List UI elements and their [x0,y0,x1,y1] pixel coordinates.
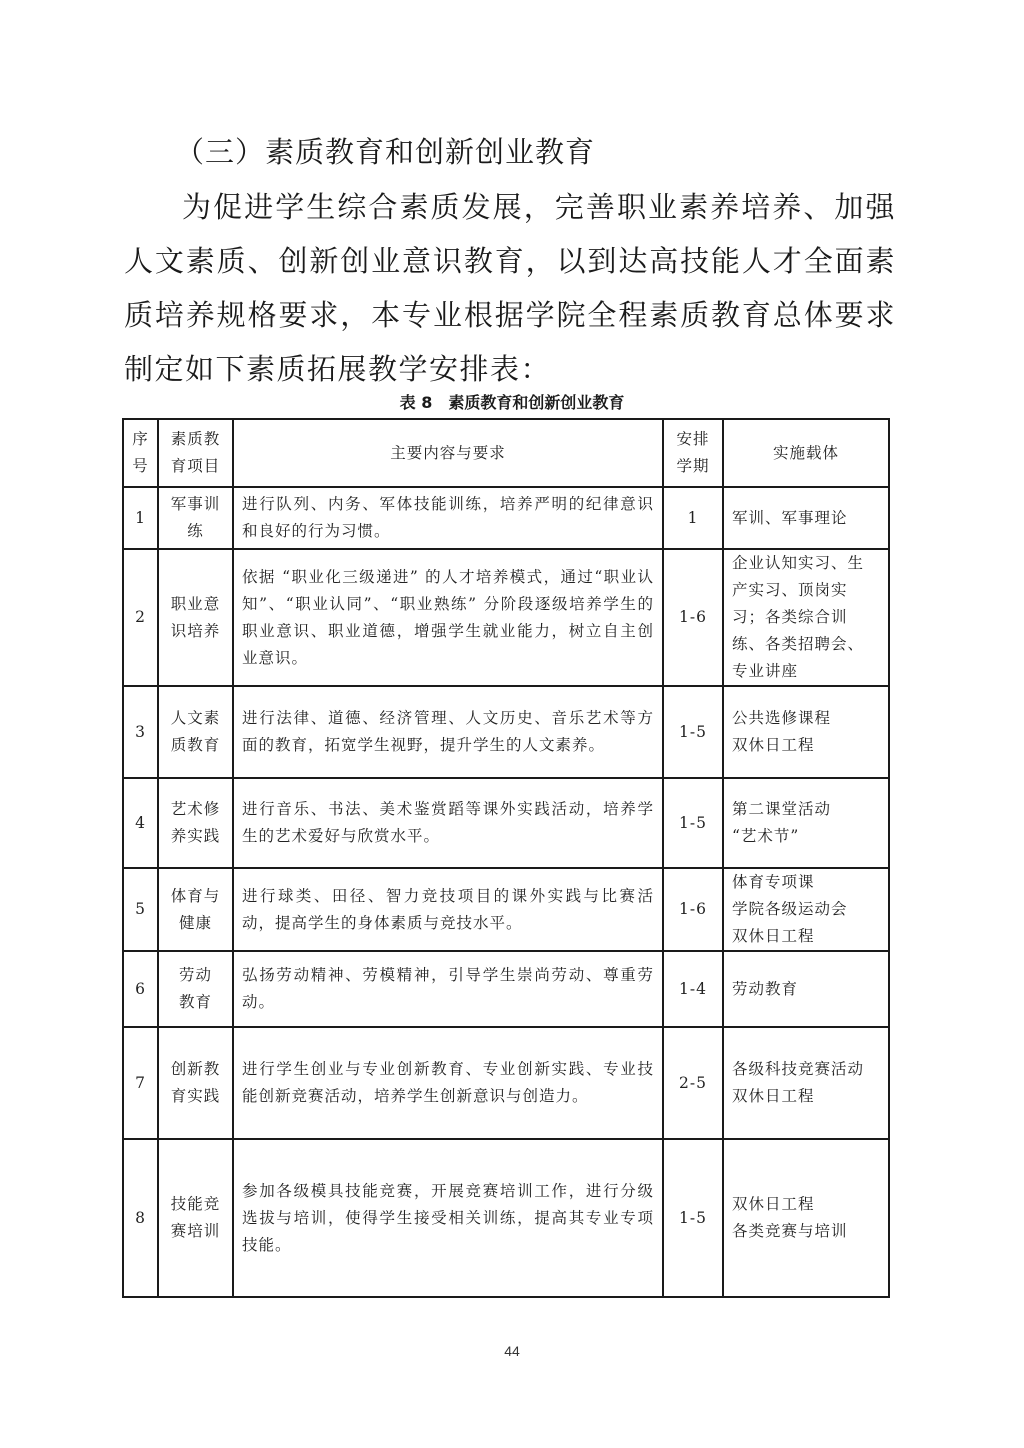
table-row: 2职业意识培养依据 “职业化三级递进” 的人才培养模式，通过“职业认知”、“职业… [123,549,889,686]
quality-education-table: 序 号 素质教 育项目 主要内容与要求 安排 学期 实施载体 1军事训练进行队列… [122,418,890,1298]
cell-item: 创新教育实践 [158,1027,233,1139]
table-caption: 表 8 素质教育和创新创业教育 [0,392,1024,414]
table-header-row: 序 号 素质教 育项目 主要内容与要求 安排 学期 实施载体 [123,419,889,487]
header-content: 主要内容与要求 [233,419,663,487]
cell-term: 1 [663,487,723,549]
cell-carrier: 第二课堂活动 “艺术节” [723,778,889,868]
cell-carrier: 企业认知实习、生产实习、顶岗实习；各类综合训练、各类招聘会、专业讲座 [723,549,889,686]
cell-content: 进行队列、内务、军体技能训练，培养严明的纪律意识和良好的行为习惯。 [233,487,663,549]
header-carrier: 实施载体 [723,419,889,487]
cell-no: 4 [123,778,158,868]
page-number: 44 [0,1343,1024,1359]
intro-paragraph: 为促进学生综合素质发展，完善职业素养培养、加强人文素质、创新创业意识教育，以到达… [124,180,896,396]
table-row: 3人文素质教育进行法律、道德、经济管理、人文历史、音乐艺术等方面的教育，拓宽学生… [123,686,889,778]
cell-content: 进行球类、田径、智力竞技项目的课外实践与比赛活动，提高学生的身体素质与竞技水平。 [233,868,663,951]
cell-term: 1-5 [663,1139,723,1297]
cell-content: 进行音乐、书法、美术鉴赏蹈等课外实践活动，培养学生的艺术爱好与欣赏水平。 [233,778,663,868]
cell-carrier: 体育专项课学院各级运动会双休日工程 [723,868,889,951]
cell-content: 进行法律、道德、经济管理、人文历史、音乐艺术等方面的教育，拓宽学生视野，提升学生… [233,686,663,778]
cell-content: 弘扬劳动精神、劳模精神，引导学生崇尚劳动、尊重劳动。 [233,951,663,1027]
cell-carrier: 各级科技竞赛活动双休日工程 [723,1027,889,1139]
cell-carrier: 公共选修课程双休日工程 [723,686,889,778]
cell-item: 体育与健康 [158,868,233,951]
cell-carrier: 军训、军事理论 [723,487,889,549]
cell-term: 1-5 [663,686,723,778]
cell-term: 1-5 [663,778,723,868]
cell-item: 人文素质教育 [158,686,233,778]
cell-content: 参加各级模具技能竞赛，开展竞赛培训工作，进行分级选拔与培训，使得学生接受相关训练… [233,1139,663,1297]
cell-content: 进行学生创业与专业创新教育、专业创新实践、专业技能创新竞赛活动，培养学生创新意识… [233,1027,663,1139]
header-item: 素质教 育项目 [158,419,233,487]
cell-no: 6 [123,951,158,1027]
cell-no: 1 [123,487,158,549]
cell-no: 3 [123,686,158,778]
table-row: 6劳动教育弘扬劳动精神、劳模精神，引导学生崇尚劳动、尊重劳动。1-4劳动教育 [123,951,889,1027]
table-row: 4艺术修养实践进行音乐、书法、美术鉴赏蹈等课外实践活动，培养学生的艺术爱好与欣赏… [123,778,889,868]
cell-item: 劳动教育 [158,951,233,1027]
cell-item: 艺术修养实践 [158,778,233,868]
cell-item: 技能竞赛培训 [158,1139,233,1297]
cell-no: 2 [123,549,158,686]
cell-item: 军事训练 [158,487,233,549]
table-row: 5体育与健康进行球类、田径、智力竞技项目的课外实践与比赛活动，提高学生的身体素质… [123,868,889,951]
table-row: 8技能竞赛培训参加各级模具技能竞赛，开展竞赛培训工作，进行分级选拔与培训，使得学… [123,1139,889,1297]
header-no: 序 号 [123,419,158,487]
cell-term: 2-5 [663,1027,723,1139]
cell-no: 7 [123,1027,158,1139]
cell-carrier: 劳动教育 [723,951,889,1027]
cell-item: 职业意识培养 [158,549,233,686]
cell-carrier: 双休日工程各类竞赛与培训 [723,1139,889,1297]
section-heading: （三）素质教育和创新创业教育 [175,132,595,172]
table-row: 7创新教育实践进行学生创业与专业创新教育、专业创新实践、专业技能创新竞赛活动，培… [123,1027,889,1139]
cell-no: 5 [123,868,158,951]
cell-term: 1-6 [663,549,723,686]
cell-content: 依据 “职业化三级递进” 的人才培养模式，通过“职业认知”、“职业认同”、“职业… [233,549,663,686]
header-term: 安排 学期 [663,419,723,487]
cell-term: 1-4 [663,951,723,1027]
cell-no: 8 [123,1139,158,1297]
table-row: 1军事训练进行队列、内务、军体技能训练，培养严明的纪律意识和良好的行为习惯。1军… [123,487,889,549]
cell-term: 1-6 [663,868,723,951]
